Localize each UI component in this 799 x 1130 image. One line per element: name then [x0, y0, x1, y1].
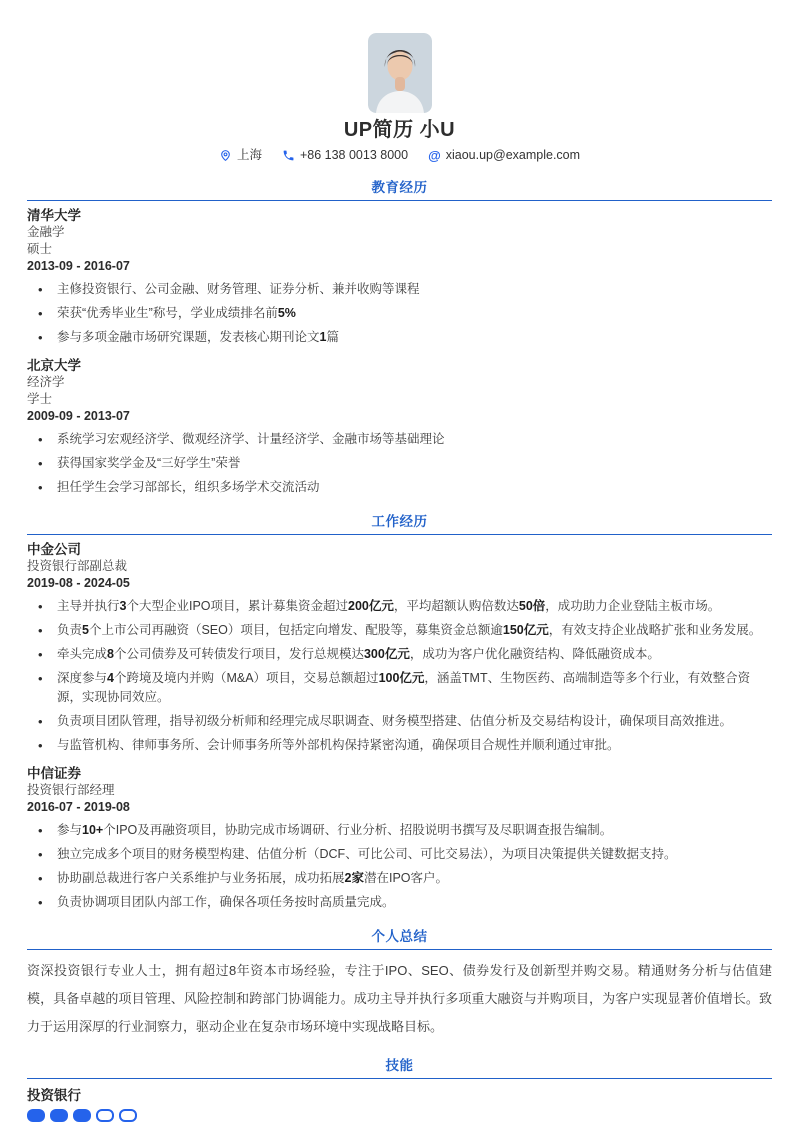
bullet-text: 与监管机构、律师事务所、会计师事务所等外部机构保持紧密沟通，确保项目合规性并顺利… — [57, 738, 620, 752]
highlight-number: 300亿元 — [364, 647, 410, 661]
bullet-item: 荣获“优秀毕业生”称号，学业成绩排名前5% — [27, 304, 772, 323]
work-entry: 中金公司投资银行部副总裁2019-08 - 2024-05主导并执行3个大型企业… — [27, 542, 772, 755]
bullet-text: ，成功助力企业登陆主板市场。 — [545, 599, 720, 613]
bullet-text: 主修投资银行、公司金融、财务管理、证券分析、兼并收购等课程 — [57, 282, 420, 296]
bullet-item: 协助副总裁进行客户关系维护与业务拓展，成功拓展2家潜在IPO客户。 — [27, 869, 772, 888]
job-title: 投资银行部副总裁 — [27, 559, 772, 574]
bullet-text: 个公司债券及可转债发行项目，发行总规模达 — [114, 647, 364, 661]
highlight-number: 2家 — [345, 871, 364, 885]
bullet-list: 参与10+个IPO及再融资项目，协助完成市场调研、行业分析、招股说明书撰写及尽职… — [27, 821, 772, 912]
bullet-list: 系统学习宏观经济学、微观经济学、计量经济学、金融市场等基础理论获得国家奖学金及“… — [27, 430, 772, 497]
bullet-text: 参与 — [57, 823, 82, 837]
email-text: xiaou.up@example.com — [446, 147, 580, 163]
major: 经济学 — [27, 375, 772, 390]
location-icon — [219, 149, 232, 162]
major: 金融学 — [27, 225, 772, 240]
bullet-text: 个大型企业IPO项目，累计募集资金超过 — [126, 599, 348, 613]
section-title-education: 教育经历 — [27, 179, 772, 201]
bullet-item: 担任学生会学习部部长，组织多场学术交流活动 — [27, 478, 772, 497]
bullet-text: 个上市公司再融资（SEO）项目，包括定向增发、配股等，募集资金总额逾 — [89, 623, 503, 637]
bullet-text: 独立完成多个项目的财务模型构建、估值分析（DCF、可比公司、可比交易法），为项目… — [57, 847, 676, 861]
bullet-item: 主修投资银行、公司金融、财务管理、证券分析、兼并收购等课程 — [27, 280, 772, 299]
bullet-item: 参与10+个IPO及再融资项目，协助完成市场调研、行业分析、招股说明书撰写及尽职… — [27, 821, 772, 840]
bullet-item: 牵头完成8个公司债券及可转债发行项目，发行总规模达300亿元，成功为客户优化融资… — [27, 645, 772, 664]
skill-dot-empty — [119, 1109, 137, 1122]
education-entries: 清华大学金融学硕士2013-09 - 2016-07主修投资银行、公司金融、财务… — [27, 201, 772, 497]
skill-dot-filled — [50, 1109, 68, 1122]
skill-name: 投资银行 — [27, 1088, 772, 1103]
bullet-text: 负责项目团队管理，指导初级分析师和经理完成尽职调查、财务模型搭建、估值分析及交易… — [57, 714, 732, 728]
section-education: 教育经历 清华大学金融学硕士2013-09 - 2016-07主修投资银行、公司… — [27, 179, 772, 497]
company-name: 中信证券 — [27, 766, 772, 781]
bullet-item: 与监管机构、律师事务所、会计师事务所等外部机构保持紧密沟通，确保项目合规性并顺利… — [27, 736, 772, 755]
bullet-item: 主导并执行3个大型企业IPO项目，累计募集资金超过200亿元，平均超额认购倍数达… — [27, 597, 772, 616]
bullet-item: 深度参与4个跨境及境内并购（M&A）项目，交易总额超过100亿元，涵盖TMT、生… — [27, 669, 772, 707]
bullet-list: 主导并执行3个大型企业IPO项目，累计募集资金超过200亿元，平均超额认购倍数达… — [27, 597, 772, 755]
highlight-number: 10+ — [82, 823, 103, 837]
bullet-text: 担任学生会学习部部长，组织多场学术交流活动 — [57, 480, 320, 494]
date-range: 2019-08 - 2024-05 — [27, 576, 772, 591]
section-summary: 个人总结 资深投资银行专业人士，拥有超过8年资本市场经验，专注于IPO、SEO、… — [27, 928, 772, 1041]
highlight-number: 4 — [107, 671, 114, 685]
highlight-number: 5 — [82, 623, 89, 637]
bullet-text: 深度参与 — [57, 671, 107, 685]
bullet-text: 牵头完成 — [57, 647, 107, 661]
bullet-item: 负责协调项目团队内部工作，确保各项任务按时高质量完成。 — [27, 893, 772, 912]
highlight-number: 200亿元 — [348, 599, 394, 613]
section-work: 工作经历 中金公司投资银行部副总裁2019-08 - 2024-05主导并执行3… — [27, 513, 772, 912]
education-entry: 北京大学经济学学士2009-09 - 2013-07系统学习宏观经济学、微观经济… — [27, 358, 772, 497]
bullet-text: 负责协调项目团队内部工作，确保各项任务按时高质量完成。 — [57, 895, 395, 909]
bullet-text: 荣获“优秀毕业生”称号，学业成绩排名前 — [57, 306, 278, 320]
contact-row: 上海 +86 138 0013 8000 @ xiaou.up@example.… — [27, 147, 772, 163]
bullet-text: 协助副总裁进行客户关系维护与业务拓展，成功拓展 — [57, 871, 345, 885]
bullet-item: 负责项目团队管理，指导初级分析师和经理完成尽职调查、财务模型搭建、估值分析及交易… — [27, 712, 772, 731]
bullet-text: ，平均超额认购倍数达 — [394, 599, 519, 613]
bullet-item: 系统学习宏观经济学、微观经济学、计量经济学、金融市场等基础理论 — [27, 430, 772, 449]
date-range: 2009-09 - 2013-07 — [27, 409, 772, 424]
bullet-item: 独立完成多个项目的财务模型构建、估值分析（DCF、可比公司、可比交易法），为项目… — [27, 845, 772, 864]
work-entry: 中信证券投资银行部经理2016-07 - 2019-08参与10+个IPO及再融… — [27, 766, 772, 912]
location-text: 上海 — [237, 147, 262, 163]
contact-email: @ xiaou.up@example.com — [428, 147, 580, 163]
summary-text: 资深投资银行专业人士，拥有超过8年资本市场经验，专注于IPO、SEO、债券发行及… — [27, 957, 772, 1041]
contact-phone: +86 138 0013 8000 — [282, 147, 408, 163]
phone-text: +86 138 0013 8000 — [300, 147, 408, 163]
company-name: 中金公司 — [27, 542, 772, 557]
bullet-text: 系统学习宏观经济学、微观经济学、计量经济学、金融市场等基础理论 — [57, 432, 445, 446]
job-title: 投资银行部经理 — [27, 783, 772, 798]
bullet-item: 参与多项金融市场研究课题，发表核心期刊论文1篇 — [27, 328, 772, 347]
contact-location: 上海 — [219, 147, 262, 163]
degree: 学士 — [27, 392, 772, 407]
highlight-number: 100亿元 — [379, 671, 425, 685]
highlight-number: 150亿元 — [503, 623, 549, 637]
skill-list: 投资银行 — [27, 1088, 772, 1122]
resume-header: UP简历 小U 上海 +86 138 0013 8000 @ xiaou.up@… — [27, 33, 772, 163]
skill-level-dots — [27, 1109, 772, 1122]
bullet-text: ，成功为客户优化融资结构、降低融资成本。 — [410, 647, 660, 661]
degree: 硕士 — [27, 242, 772, 257]
bullet-text: 获得国家奖学金及“三好学生”荣誉 — [57, 456, 240, 470]
skill-dot-empty — [96, 1109, 114, 1122]
section-title-summary: 个人总结 — [27, 928, 772, 950]
bullet-text: 潜在IPO客户。 — [364, 871, 448, 885]
bullet-text: 负责 — [57, 623, 82, 637]
avatar-image — [368, 33, 432, 113]
bullet-text: 主导并执行 — [57, 599, 120, 613]
resume-page: UP简历 小U 上海 +86 138 0013 8000 @ xiaou.up@… — [0, 0, 799, 1130]
date-range: 2016-07 - 2019-08 — [27, 800, 772, 815]
bullet-text: 个IPO及再融资项目，协助完成市场调研、行业分析、招股说明书撰写及尽职调查报告编… — [103, 823, 612, 837]
candidate-name: UP简历 小U — [27, 120, 772, 141]
work-entries: 中金公司投资银行部副总裁2019-08 - 2024-05主导并执行3个大型企业… — [27, 535, 772, 912]
education-entry: 清华大学金融学硕士2013-09 - 2016-07主修投资银行、公司金融、财务… — [27, 208, 772, 347]
bullet-text: ，有效支持企业战略扩张和业务发展。 — [549, 623, 762, 637]
at-icon: @ — [428, 149, 441, 162]
bullet-list: 主修投资银行、公司金融、财务管理、证券分析、兼并收购等课程荣获“优秀毕业生”称号… — [27, 280, 772, 347]
date-range: 2013-09 - 2016-07 — [27, 259, 772, 274]
skill-dot-filled — [27, 1109, 45, 1122]
section-title-skills: 技能 — [27, 1057, 772, 1079]
profile-photo — [368, 33, 432, 113]
section-skills: 技能 投资银行 — [27, 1057, 772, 1122]
bullet-item: 负责5个上市公司再融资（SEO）项目，包括定向增发、配股等，募集资金总额逾150… — [27, 621, 772, 640]
school-name: 北京大学 — [27, 358, 772, 373]
highlight-number: 5% — [278, 306, 296, 320]
bullet-text: 参与多项金融市场研究课题，发表核心期刊论文 — [57, 330, 320, 344]
section-title-work: 工作经历 — [27, 513, 772, 535]
bullet-item: 获得国家奖学金及“三好学生”荣誉 — [27, 454, 772, 473]
bullet-text: 篇 — [326, 330, 339, 344]
skill-item: 投资银行 — [27, 1088, 772, 1122]
school-name: 清华大学 — [27, 208, 772, 223]
skill-dot-filled — [73, 1109, 91, 1122]
phone-icon — [282, 149, 295, 162]
highlight-number: 8 — [107, 647, 114, 661]
bullet-text: 个跨境及境内并购（M&A）项目，交易总额超过 — [114, 671, 379, 685]
highlight-number: 50倍 — [519, 599, 545, 613]
